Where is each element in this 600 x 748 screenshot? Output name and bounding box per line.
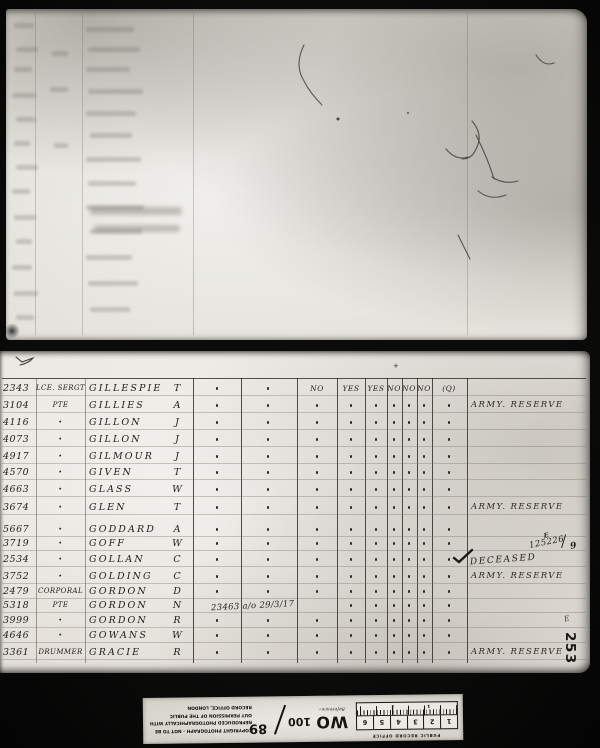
ditto-dot <box>267 488 270 491</box>
table-row: 2534·GOLLANCDECEASEDE1252269 <box>0 552 590 567</box>
ditto-dot <box>316 651 319 654</box>
regimental-number-cell: 5667 <box>3 522 35 537</box>
table-row: 3361DRUMMERGRACIERARMY. RESERVE <box>0 645 590 660</box>
table-row: 4073·GILLONJ <box>0 432 590 447</box>
mark-cell: (Q) <box>431 381 467 396</box>
ditto-dot <box>316 471 319 474</box>
rank-cell: · <box>36 500 85 515</box>
ditto-dot <box>375 455 378 458</box>
ditto-dot <box>423 590 426 593</box>
ruler-number-scale: 123456 <box>356 714 458 730</box>
regimental-number-cell: 4917 <box>3 449 35 464</box>
ruler-caption: PUBLIC RECORD OFFICE <box>356 732 458 738</box>
ditto-dot <box>375 604 378 607</box>
rank-cell: · <box>36 432 85 447</box>
ditto-dot <box>448 619 451 622</box>
ditto-dot <box>375 421 378 424</box>
ditto-dot <box>316 421 319 424</box>
pen-squiggle <box>0 351 60 371</box>
regimental-number-cell: 3674 <box>3 500 35 515</box>
inch-label: 2 <box>391 704 394 709</box>
initial-cell: T <box>164 500 190 515</box>
initial-cell: N <box>164 598 190 613</box>
ditto-dot <box>408 542 411 545</box>
table-row: 5667·GODDARDA <box>0 522 590 537</box>
ditto-dot <box>375 651 378 654</box>
ditto-dot <box>375 575 378 578</box>
ditto-dot <box>216 455 219 458</box>
table-row: 4646·GOWANSW <box>0 628 590 643</box>
ditto-dot <box>393 438 396 441</box>
copyright-notice: COPYRIGHT PHOTOGRAPH - NOT TO BEREPRODUC… <box>148 700 252 741</box>
ditto-dot <box>408 488 411 491</box>
ditto-dot <box>216 542 219 545</box>
regimental-number-cell: 2479 <box>3 584 35 599</box>
initial-cell: R <box>164 645 190 660</box>
initial-cell: W <box>164 628 190 643</box>
ditto-dot <box>350 528 353 531</box>
ditto-dot <box>375 590 378 593</box>
rank-cell: · <box>36 552 85 567</box>
wo-reference-stamp: WO 100 Reference:- 89 <box>257 698 351 739</box>
ditto-dot <box>408 438 411 441</box>
table-row: 3674·GLENTARMY. RESERVE <box>0 500 590 515</box>
ditto-dot <box>267 438 270 441</box>
ditto-dot <box>216 438 219 441</box>
initial-cell: W <box>164 482 190 497</box>
ditto-dot <box>408 528 411 531</box>
ditto-dot <box>350 542 353 545</box>
ruler-number: 6 <box>357 716 373 729</box>
ditto-dot <box>375 634 378 637</box>
ditto-dot <box>393 604 396 607</box>
ditto-dot <box>267 619 270 622</box>
ditto-dot <box>350 471 353 474</box>
ditto-dot <box>316 528 319 531</box>
ditto-dot <box>423 651 426 654</box>
regimental-number-cell: 3104 <box>3 398 35 413</box>
ditto-dot <box>316 542 319 545</box>
ditto-dot <box>267 506 270 509</box>
ditto-dot <box>350 590 353 593</box>
reference-label: Reference:- <box>319 706 345 712</box>
ditto-dot <box>393 634 396 637</box>
ditto-dot <box>316 558 319 561</box>
ditto-dot <box>316 455 319 458</box>
inch-label: 1 <box>427 703 430 708</box>
copyright-line: OUT PERMISSION OF THE PUBLIC <box>175 712 252 719</box>
ruler-number: 5 <box>373 716 390 729</box>
ditto-dot <box>408 604 411 607</box>
ditto-dot <box>350 558 353 561</box>
ditto-dot <box>448 455 451 458</box>
ditto-dot <box>423 558 426 561</box>
ditto-dot <box>267 542 270 545</box>
rank-cell: PTE <box>36 398 85 413</box>
regimental-number-cell: 3361 <box>3 645 35 660</box>
folio-number-stamp: 253 <box>562 632 578 672</box>
ditto-dot <box>350 604 353 607</box>
ditto-dot <box>350 619 353 622</box>
regimental-number-cell: 2343 <box>3 381 35 396</box>
mark-cell: NO <box>299 381 335 396</box>
ditto-dot <box>393 542 396 545</box>
initial-cell: T <box>164 381 190 396</box>
initial-cell: A <box>164 522 190 537</box>
ditto-dot <box>448 404 451 407</box>
archive-stamp-strip: PUBLIC RECORD OFFICE 123456 1 2 WO 100 R… <box>143 694 464 744</box>
ditto-dot <box>423 542 426 545</box>
ditto-dot <box>216 590 219 593</box>
ditto-dot <box>448 488 451 491</box>
table-row: 5318PTEGORDONN23463 a/o 29/3/17 <box>0 598 590 613</box>
top-page <box>6 9 587 340</box>
ditto-dot <box>448 528 451 531</box>
ditto-dot <box>216 634 219 637</box>
rank-cell: CORPORAL <box>36 584 85 599</box>
ditto-dot <box>216 575 219 578</box>
ditto-dot <box>375 404 378 407</box>
ditto-dot <box>408 575 411 578</box>
ditto-dot <box>408 471 411 474</box>
ditto-dot <box>423 634 426 637</box>
table-row: 4917·GILMOURJ <box>0 449 590 464</box>
table-row: 4116·GILLONJ <box>0 415 590 430</box>
rank-cell: · <box>36 449 85 464</box>
ditto-dot <box>316 438 319 441</box>
rank-cell: · <box>36 569 85 584</box>
table-row: 4663·GLASSW <box>0 482 590 497</box>
regimental-number-cell: 4073 <box>3 432 35 447</box>
ditto-dot <box>408 455 411 458</box>
regimental-number-cell: 4646 <box>3 628 35 643</box>
initial-cell: T <box>164 465 190 480</box>
slash-mark <box>274 705 286 735</box>
ditto-dot <box>448 471 451 474</box>
ditto-dot <box>408 558 411 561</box>
copyright-line: REPRODUCED PHOTOGRAPHICALLY WITH <box>175 719 252 726</box>
ditto-dot <box>375 506 378 509</box>
table-top-rule <box>2 378 586 379</box>
ditto-dot <box>350 404 353 407</box>
ditto-dot <box>267 421 270 424</box>
ditto-dot <box>448 590 451 593</box>
ditto-dot <box>393 455 396 458</box>
ditto-dot <box>216 506 219 509</box>
stamp-strip-content: PUBLIC RECORD OFFICE 123456 1 2 WO 100 R… <box>143 694 464 744</box>
ditto-dot <box>350 651 353 654</box>
rank-cell: · <box>36 613 85 628</box>
regimental-number-cell: 2534 <box>3 552 35 567</box>
ditto-dot <box>393 558 396 561</box>
rank-cell: · <box>36 465 85 480</box>
ditto-dot <box>267 528 270 531</box>
initial-cell: J <box>164 415 190 430</box>
ditto-dot <box>423 506 426 509</box>
ditto-dot <box>216 619 219 622</box>
ditto-dot <box>423 471 426 474</box>
ditto-dot <box>375 542 378 545</box>
ditto-dot <box>448 651 451 654</box>
table-row: 3999·GORDONR <box>0 613 590 628</box>
series-prefix: WO <box>316 712 348 731</box>
ditto-dot <box>316 619 319 622</box>
ditto-dot <box>423 488 426 491</box>
ditto-dot <box>448 575 451 578</box>
ditto-dot <box>350 488 353 491</box>
measuring-ruler: PUBLIC RECORD OFFICE 123456 1 2 <box>356 697 458 738</box>
ditto-dot <box>267 651 270 654</box>
annotation-cell: ARMY. RESERVE <box>471 569 589 584</box>
ditto-dot <box>393 421 396 424</box>
ditto-dot <box>350 506 353 509</box>
ditto-dot <box>448 542 451 545</box>
regimental-number-cell: 5318 <box>3 598 35 613</box>
ditto-dot <box>375 488 378 491</box>
ditto-dot <box>216 558 219 561</box>
ditto-dot <box>267 590 270 593</box>
ditto-dot <box>350 438 353 441</box>
ditto-dot <box>216 488 219 491</box>
initial-cell: A <box>164 398 190 413</box>
rank-cell: · <box>36 536 85 551</box>
ditto-dot <box>316 634 319 637</box>
ditto-dot <box>316 575 319 578</box>
rank-cell: · <box>36 628 85 643</box>
table-row: 4570·GIVENT <box>0 465 590 480</box>
ditto-dot <box>350 575 353 578</box>
table-row: 3104PTEGILLIESAARMY. RESERVE <box>0 398 590 413</box>
ditto-dot <box>316 404 319 407</box>
ditto-dot <box>393 651 396 654</box>
regimental-number-cell: 4570 <box>3 465 35 480</box>
ditto-dot <box>375 619 378 622</box>
initial-cell: D <box>164 584 190 599</box>
ditto-dot <box>423 619 426 622</box>
ditto-dot <box>448 506 451 509</box>
copyright-line: RECORD OFFICE, LONDON <box>175 704 252 711</box>
annotation-cell: ARMY. RESERVE <box>471 398 589 413</box>
deceased-label: DECEASED <box>470 551 537 571</box>
regimental-number-cell: 4663 <box>3 482 35 497</box>
ditto-dot <box>375 528 378 531</box>
ditto-dot <box>423 528 426 531</box>
ruler-tick-scale: 1 2 <box>356 701 458 715</box>
regimental-number-cell: 3719 <box>3 536 35 551</box>
annotation-cell: ARMY. RESERVE <box>471 500 589 515</box>
ditto-dot <box>423 455 426 458</box>
ditto-dot <box>267 634 270 637</box>
ditto-dot <box>216 404 219 407</box>
ruler-number: 4 <box>390 716 407 729</box>
scanned-document: 2343LCE. SERGTGILLESPIETNOYESYESNONONO(Q… <box>0 0 600 748</box>
ditto-dot <box>408 404 411 407</box>
initial-cell: C <box>164 569 190 584</box>
ditto-dot <box>350 455 353 458</box>
ditto-dot <box>316 506 319 509</box>
ditto-dot <box>393 488 396 491</box>
rank-cell: PTE <box>36 598 85 613</box>
ditto-dot <box>393 528 396 531</box>
ditto-dot <box>350 634 353 637</box>
plus-artifact: + <box>393 362 399 370</box>
rank-cell: LCE. SERGT <box>36 381 85 396</box>
ditto-dot <box>393 590 396 593</box>
ditto-dot <box>393 404 396 407</box>
initial-cell: C <box>164 552 190 567</box>
ruler-number: 3 <box>406 716 423 729</box>
ditto-dot <box>448 421 451 424</box>
ditto-dot <box>216 421 219 424</box>
ruler-number: 2 <box>423 715 440 728</box>
ditto-dot <box>393 619 396 622</box>
regimental-number-cell: 4116 <box>3 415 35 430</box>
table-row: 2343LCE. SERGTGILLESPIETNOYESYESNONONO(Q… <box>0 381 590 396</box>
ditto-dot <box>393 575 396 578</box>
ditto-dot <box>448 558 451 561</box>
initial-cell: W <box>164 536 190 551</box>
ditto-dot <box>267 575 270 578</box>
ditto-dot <box>408 634 411 637</box>
ditto-dot <box>316 590 319 593</box>
ruler-number: 1 <box>440 715 457 728</box>
initial-cell: R <box>164 613 190 628</box>
ditto-dot <box>267 455 270 458</box>
ditto-dot <box>423 438 426 441</box>
ditto-dot <box>216 528 219 531</box>
ditto-dot <box>216 651 219 654</box>
ditto-dot <box>408 421 411 424</box>
ditto-dot <box>267 404 270 407</box>
ditto-dot <box>423 604 426 607</box>
ditto-dot <box>267 387 270 390</box>
ditto-dot <box>448 604 451 607</box>
ditto-dot <box>423 404 426 407</box>
ditto-dot <box>423 575 426 578</box>
initial-cell: J <box>164 432 190 447</box>
ditto-dot <box>408 619 411 622</box>
ditto-dot <box>448 438 451 441</box>
register-page: 2343LCE. SERGTGILLESPIETNOYESYESNONONO(Q… <box>0 351 590 673</box>
ditto-dot <box>267 471 270 474</box>
ditto-dot <box>375 438 378 441</box>
table-row: 3752·GOLDINGCARMY. RESERVE <box>0 569 590 584</box>
ditto-dot <box>375 558 378 561</box>
ditto-dot <box>393 471 396 474</box>
ditto-dot <box>216 471 219 474</box>
regimental-number-cell: 3752 <box>3 569 35 584</box>
regimental-number-cell: 3999 <box>3 613 35 628</box>
initial-cell: J <box>164 449 190 464</box>
rank-cell: DRUMMER <box>36 645 85 660</box>
copyright-line: COPYRIGHT PHOTOGRAPH - NOT TO BE <box>175 727 252 734</box>
series-number: 100 <box>288 715 311 728</box>
ditto-dot <box>448 634 451 637</box>
rank-cell: · <box>36 482 85 497</box>
ditto-dot <box>350 421 353 424</box>
ditto-dot <box>408 590 411 593</box>
scratch-marks <box>6 9 587 340</box>
rank-cell: · <box>36 522 85 537</box>
ditto-dot <box>393 506 396 509</box>
ditto-dot <box>408 651 411 654</box>
ditto-dot <box>375 471 378 474</box>
ditto-dot <box>316 488 319 491</box>
ditto-dot <box>408 506 411 509</box>
ditto-dot <box>423 421 426 424</box>
ditto-dot <box>267 558 270 561</box>
ditto-dot <box>216 387 219 390</box>
rank-cell: · <box>36 415 85 430</box>
